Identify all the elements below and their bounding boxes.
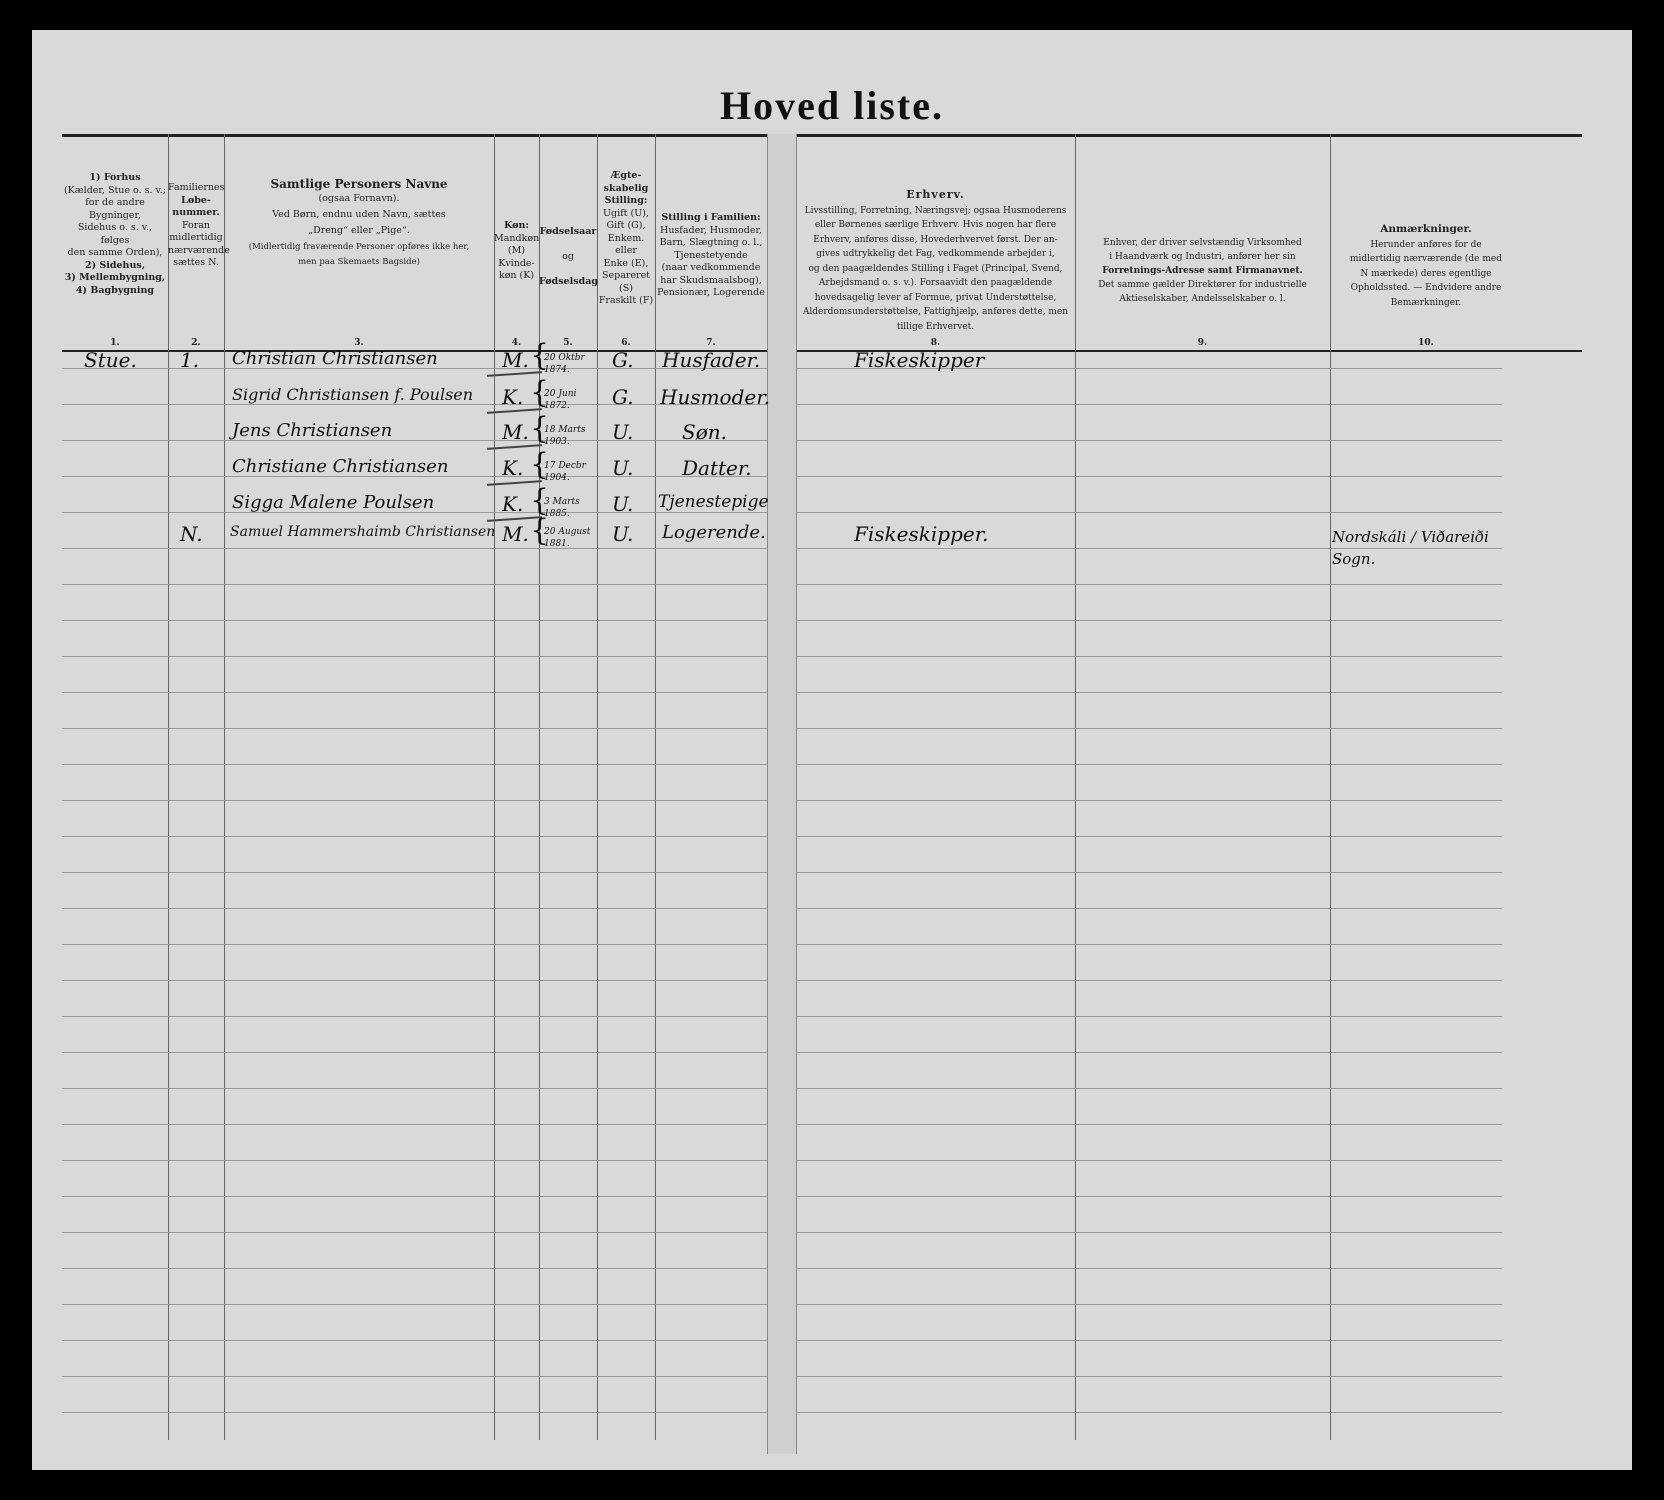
column-number: 1. (62, 338, 168, 348)
row-line (62, 728, 767, 729)
row-line (62, 944, 767, 945)
row-line (796, 1232, 1502, 1233)
position-cell: Logerende. (662, 522, 766, 543)
row-line (796, 1016, 1502, 1017)
row-line (796, 404, 1502, 405)
sex-cell: K. (502, 385, 523, 409)
sex-cell: M. (502, 522, 529, 546)
marital-cell: U. (612, 492, 633, 516)
position-cell: Tjenestepige (658, 492, 769, 512)
header-col-5: Fødselsaar og Fødselsdag (539, 226, 597, 289)
birth-date-cell: 20 August1881. (544, 526, 590, 550)
column-number: 10. (1330, 338, 1522, 348)
header-col-1: 1) Forhus (Kælder, Stue o. s. v.; for de… (62, 172, 168, 297)
header-col-4: Køn: Mandkøn (M) Kvinde- køn (K) (494, 220, 539, 283)
row-line (62, 1232, 767, 1233)
header-col-7: Stilling i Familien: Husfader, Husmoder,… (655, 212, 767, 300)
marital-cell: G. (612, 348, 634, 372)
marital-cell: U. (612, 522, 633, 546)
column-number: 7. (655, 338, 767, 348)
row-line (62, 620, 767, 621)
row-line (796, 440, 1502, 441)
header-col-2: Familiernes Løbe- nummer. Foran midlerti… (168, 182, 224, 270)
row-line (796, 1340, 1502, 1341)
birth-date-cell: 20 Oktbr1874. (544, 352, 585, 376)
column-number: 2. (168, 338, 224, 348)
name-cell: Sigrid Christiansen f. Poulsen (232, 385, 473, 404)
row-line (796, 908, 1502, 909)
row-line (62, 980, 767, 981)
row-line (796, 584, 1502, 585)
row-line (796, 1196, 1502, 1197)
row-line (796, 800, 1502, 801)
row-line (796, 1412, 1502, 1413)
row-line (796, 656, 1502, 657)
column-divider (1330, 134, 1331, 1440)
row-line (796, 1160, 1502, 1161)
row-line (62, 1304, 767, 1305)
row-line (796, 620, 1502, 621)
header-col-3: Samtlige Personers Navne (ogsaa Fornavn)… (224, 178, 494, 268)
marital-cell: U. (612, 456, 633, 480)
name-cell: Christian Christiansen (232, 348, 438, 369)
sex-cell: M. (502, 348, 529, 372)
row-line (796, 1124, 1502, 1125)
birth-date-cell: 3 Marts1885. (544, 496, 580, 520)
row-line (796, 944, 1502, 945)
header-col-6: Ægte- skabelig Stilling: Ugift (U), Gift… (597, 170, 655, 308)
row-line (796, 1052, 1502, 1053)
census-form-page: Hoved liste. 1) Forhus (Kælder, Stue o. … (32, 30, 1632, 1470)
row-line (62, 872, 767, 873)
row-line (796, 836, 1502, 837)
row-line (796, 1304, 1502, 1305)
column-number: 9. (1075, 338, 1330, 348)
birth-date-cell: 17 Decbr1904. (544, 460, 586, 484)
row-line (62, 656, 767, 657)
row-line (62, 548, 767, 549)
row-line (62, 1340, 767, 1341)
row-line (62, 764, 767, 765)
sex-cell: K. (502, 456, 523, 480)
position-cell: Husmoder. (660, 385, 770, 409)
row-line (796, 1088, 1502, 1089)
row-line (62, 908, 767, 909)
row-line (62, 1412, 767, 1413)
birth-date-cell: 18 Marts1903. (544, 424, 585, 448)
building-cell: Stue. (84, 348, 137, 372)
remarks-cell: Nordskáli / Viðareiði Sogn. (1332, 526, 1522, 570)
column-divider (539, 134, 540, 1440)
row-line (62, 800, 767, 801)
sex-cell: K. (502, 492, 523, 516)
name-cell: Samuel Hammershaimb Christiansen (230, 524, 495, 540)
row-line (796, 1268, 1502, 1269)
row-line (62, 1052, 767, 1053)
name-cell: Christiane Christiansen (232, 456, 448, 477)
page-gutter (767, 134, 797, 1454)
name-cell: Sigga Malene Poulsen (232, 492, 434, 513)
header-col-10: Anmærkninger. Herunder anføres for de mi… (1330, 222, 1522, 310)
family-number-cell: N. (180, 522, 203, 546)
row-line (62, 1124, 767, 1125)
header-col-8: Erhverv. Livsstilling, Forretning, Nærin… (796, 188, 1075, 334)
column-divider (494, 134, 495, 1440)
row-line (796, 692, 1502, 693)
marital-cell: G. (612, 385, 634, 409)
row-line (796, 872, 1502, 873)
row-line (796, 980, 1502, 981)
sex-cell: M. (502, 420, 529, 444)
column-number: 6. (597, 338, 655, 348)
row-line (62, 1268, 767, 1269)
position-cell: Husfader. (662, 348, 760, 372)
column-divider (655, 134, 656, 1440)
row-line (62, 1016, 767, 1017)
birth-date-cell: 20 Juni1872. (544, 388, 576, 412)
row-line (62, 1088, 767, 1089)
column-divider (597, 134, 598, 1440)
position-cell: Søn. (682, 420, 727, 444)
position-cell: Datter. (682, 456, 752, 480)
marital-cell: U. (612, 420, 633, 444)
column-number: 8. (796, 338, 1075, 348)
column-divider (168, 134, 169, 1440)
column-divider (1075, 134, 1076, 1440)
family-number-cell: 1. (180, 348, 199, 372)
row-line (62, 584, 767, 585)
row-line (796, 512, 1502, 513)
row-line (796, 728, 1502, 729)
column-number: 3. (224, 338, 494, 348)
page-title: Hoved liste. (32, 82, 1632, 129)
row-line (796, 476, 1502, 477)
column-divider (224, 134, 225, 1440)
row-line (62, 836, 767, 837)
row-line (62, 1376, 767, 1377)
row-line (62, 1160, 767, 1161)
row-line (62, 1196, 767, 1197)
row-line (62, 440, 767, 441)
row-line (796, 764, 1502, 765)
header-top-rule (62, 134, 1582, 137)
occupation-cell: Fiskeskipper (854, 348, 984, 372)
occupation-cell: Fiskeskipper. (854, 522, 988, 546)
name-cell: Jens Christiansen (232, 420, 392, 441)
row-line (796, 1376, 1502, 1377)
row-line (62, 692, 767, 693)
header-col-9: Enhver, der driver selvstændig Virksomhe… (1075, 236, 1330, 306)
